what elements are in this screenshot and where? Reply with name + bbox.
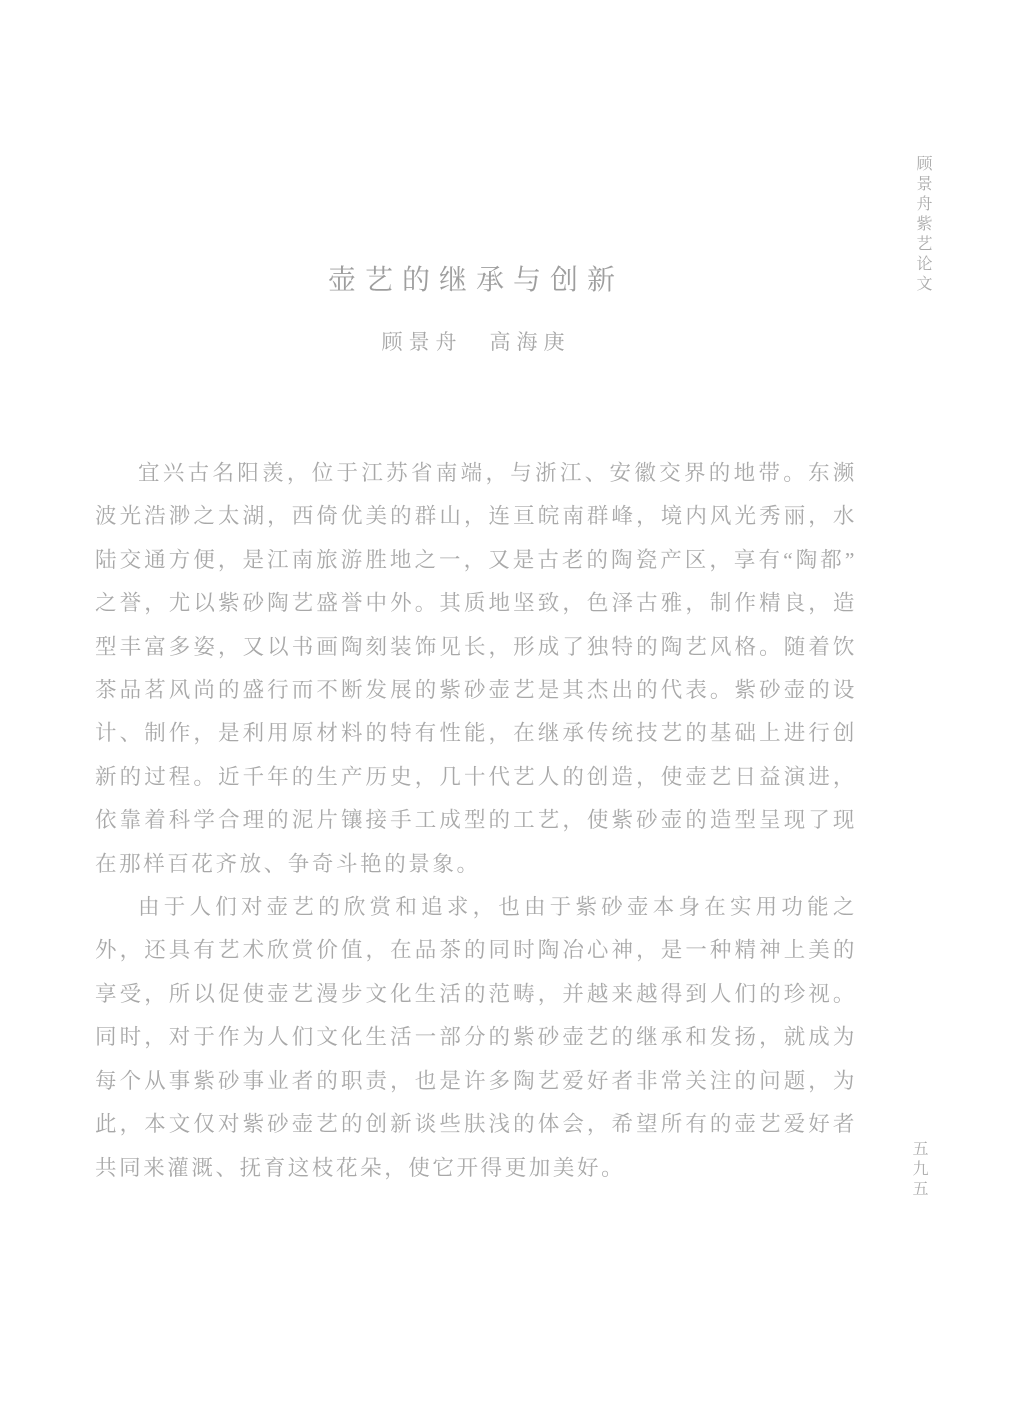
paragraph: 宜兴古名阳羡，位于江苏省南端，与浙江、安徽交界的地带。东濒波光浩渺之太湖，西倚优… (95, 452, 857, 886)
article-title: 壶艺的继承与创新 (95, 258, 857, 298)
document-page: 壶艺的继承与创新 顾景舟 高海庚 宜兴古名阳羡，位于江苏省南端，与浙江、安徽交界… (0, 0, 1016, 1424)
page-number: 五九五 (907, 1140, 930, 1200)
paragraph: 由于人们对壶艺的欣赏和追求，也由于紫砂壶本身在实用功能之外，还具有艺术欣赏价值，… (95, 886, 857, 1190)
running-header-vertical: 顾景舟紫艺论文 (911, 155, 934, 295)
article-body: 宜兴古名阳羡，位于江苏省南端，与浙江、安徽交界的地带。东濒波光浩渺之太湖，西倚优… (95, 452, 857, 1190)
article-authors: 顾景舟 高海庚 (95, 326, 857, 356)
article-content: 壶艺的继承与创新 顾景舟 高海庚 宜兴古名阳羡，位于江苏省南端，与浙江、安徽交界… (95, 0, 857, 1190)
